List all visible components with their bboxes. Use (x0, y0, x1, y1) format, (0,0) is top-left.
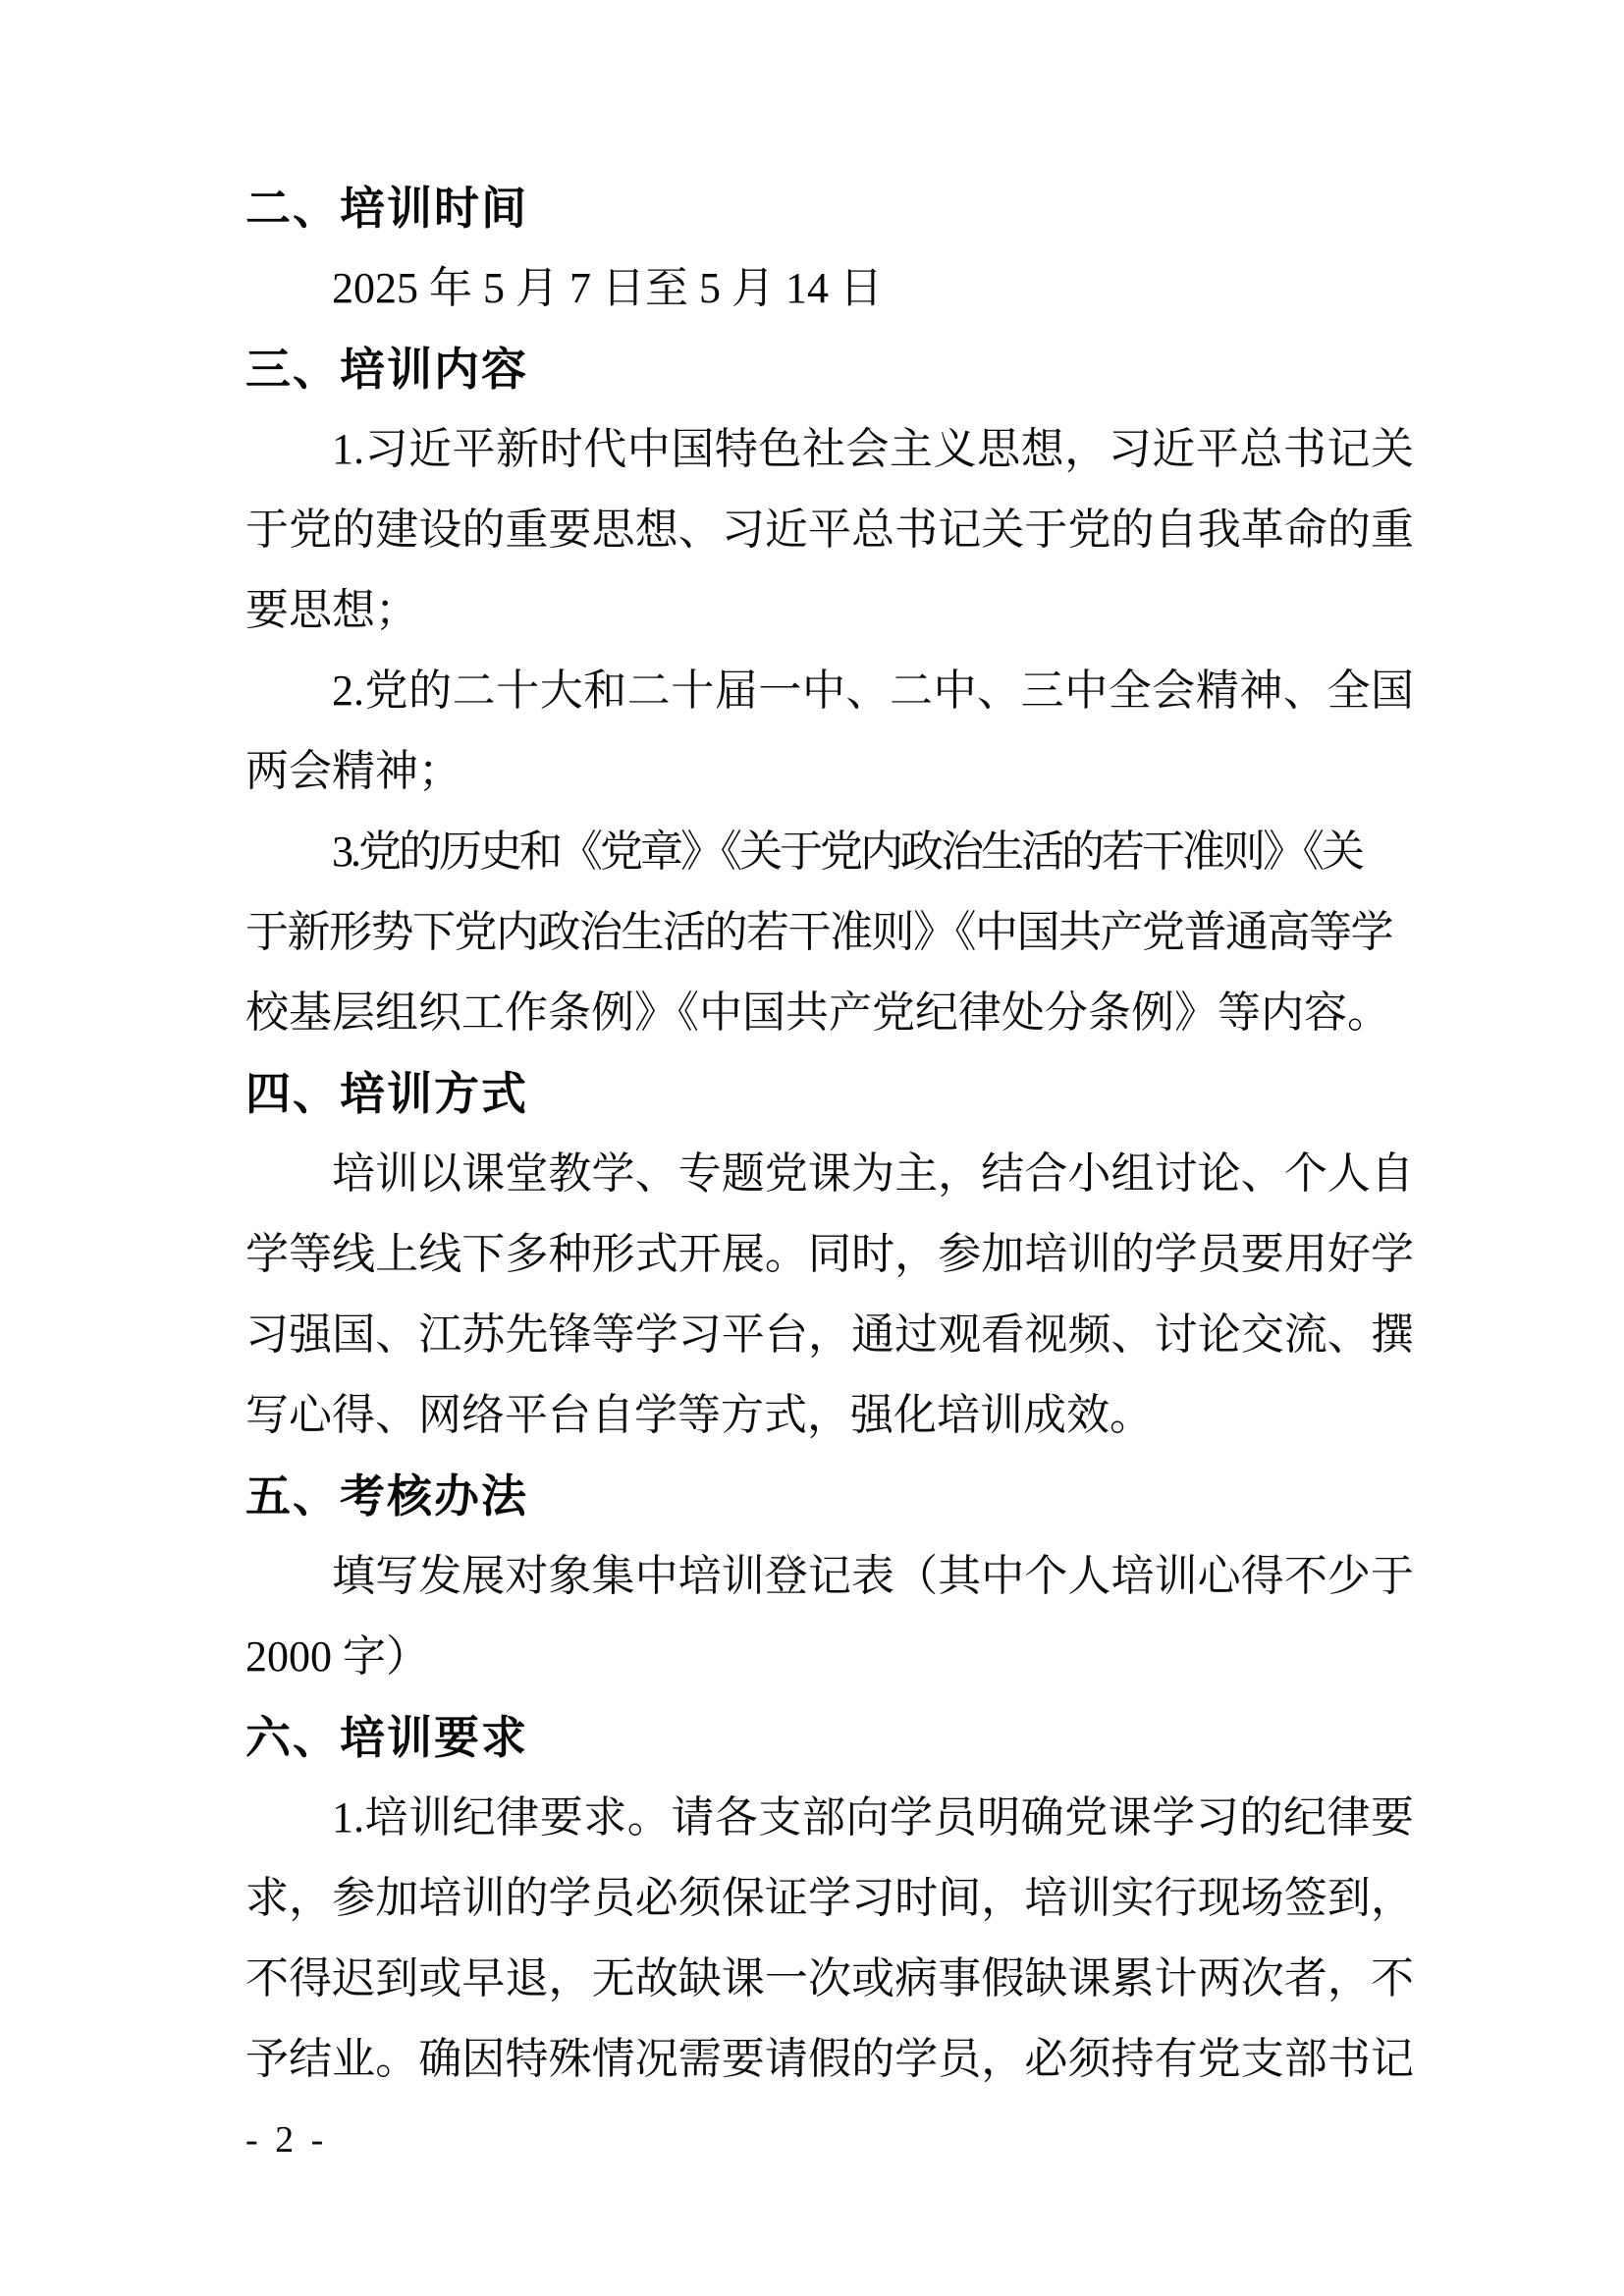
body-line: 求，参加培训的学员必须保证学习时间，培训实行现场签到， (245, 1858, 1414, 1939)
body-line: 两会精神； (245, 731, 1414, 812)
body-line: 要思想； (245, 570, 1414, 651)
body-line: 习强国、江苏先锋等学习平台，通过观看视频、讨论交流、撰 (245, 1295, 1414, 1375)
document-page: 二、培训时间 2025 年 5 月 7 日至 5 月 14 日 三、培训内容 1… (0, 0, 1624, 2296)
body-line: 培训以课堂教学、专题党课为主，结合小组讨论、个人自 (245, 1134, 1414, 1214)
section-heading-training-requirements: 六、培训要求 (245, 1697, 1414, 1778)
body-line: 于党的建设的重要思想、习近平总书记关于党的自我革命的重 (245, 490, 1414, 570)
body-line: 1.习近平新时代中国特色社会主义思想，习近平总书记关 (245, 409, 1414, 490)
body-line: 学等线上线下多种形式开展。同时，参加培训的学员要用好学 (245, 1214, 1414, 1295)
section-heading-assessment: 五、考核办法 (245, 1456, 1414, 1536)
body-line: 3.党的历史和《党章》《关于党内政治生活的若干准则》《关 (245, 812, 1414, 892)
document-body: 二、培训时间 2025 年 5 月 7 日至 5 月 14 日 三、培训内容 1… (245, 168, 1414, 2180)
section-heading-training-content: 三、培训内容 (245, 329, 1414, 409)
body-line: 1.培训纪律要求。请各支部向学员明确党课学习的纪律要 (245, 1778, 1414, 1858)
body-line: 填写发展对象集中培训登记表（其中个人培训心得不少于 (245, 1536, 1414, 1617)
section-heading-training-time: 二、培训时间 (245, 168, 1414, 248)
section-heading-training-method: 四、培训方式 (245, 1053, 1414, 1134)
body-line: 不得迟到或早退，无故缺课一次或病事假缺课累计两次者，不 (245, 1939, 1414, 2019)
body-line: 于新形势下党内政治生活的若干准则》《中国共产党普通高等学 (245, 892, 1414, 973)
body-line: 2.党的二十大和二十届一中、二中、三中全会精神、全国 (245, 651, 1414, 731)
body-line-training-date: 2025 年 5 月 7 日至 5 月 14 日 (245, 248, 1414, 329)
body-line: 校基层组织工作条例》《中国共产党纪律处分条例》等内容。 (245, 973, 1414, 1053)
body-line: 予结业。确因特殊情况需要请假的学员，必须持有党支部书记 (245, 2019, 1414, 2100)
body-line: 2000 字） (245, 1617, 1414, 1697)
page-number: - 2 - (245, 2100, 1414, 2180)
body-line: 写心得、网络平台自学等方式，强化培训成效。 (245, 1375, 1414, 1456)
